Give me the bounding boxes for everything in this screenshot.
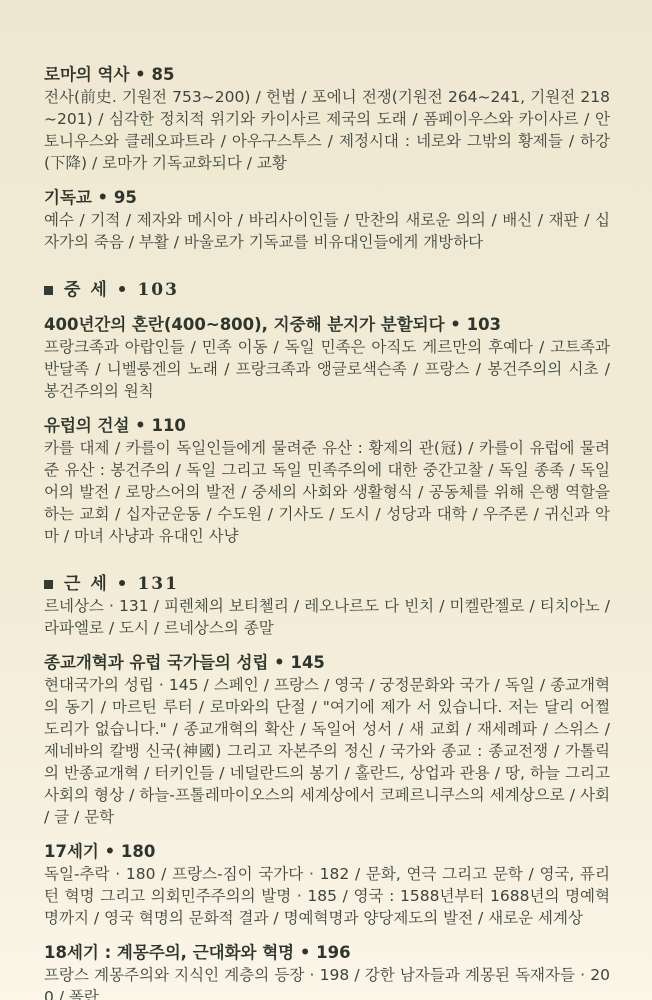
- square-bullet-icon: [44, 580, 53, 589]
- toc-section: 종교개혁과 유럽 국가들의 성립 • 145 현대국가의 성립 · 145 / …: [44, 652, 610, 828]
- section-title: 기독교 • 95: [44, 187, 610, 209]
- section-body: 프랑크족과 아랍인들 / 민족 이동 / 독일 민족은 아직도 게르만의 후예다…: [44, 336, 610, 402]
- square-bullet-icon: [44, 286, 53, 295]
- toc-section: 18세기 : 계몽주의, 근대화와 혁명 • 196 프랑스 계몽주의와 지식인…: [44, 942, 610, 1000]
- toc-part-section: 근 세 • 131 르네상스 · 131 / 피렌체의 보티첼리 / 레오나르도…: [44, 573, 610, 639]
- toc-section: 기독교 • 95 예수 / 기적 / 제자와 메시아 / 바리사이인들 / 만찬…: [44, 187, 610, 253]
- toc-section: 400년간의 혼란(400~800), 지중해 분지가 분할되다 • 103 프…: [44, 314, 610, 402]
- part-title: 근 세 • 131: [64, 573, 179, 595]
- section-body: 프랑스 계몽주의와 지식인 계층의 등장 · 198 / 강한 남자들과 계몽된…: [44, 964, 610, 1000]
- section-title: 로마의 역사 • 85: [44, 64, 610, 86]
- part-title: 중 세 • 103: [64, 279, 179, 301]
- section-body: 예수 / 기적 / 제자와 메시아 / 바리사이인들 / 만찬의 새로운 의의 …: [44, 209, 610, 253]
- section-title: 17세기 • 180: [44, 841, 610, 863]
- section-title: 400년간의 혼란(400~800), 지중해 분지가 분할되다 • 103: [44, 314, 610, 336]
- section-body: 독일-추락 · 180 / 프랑스-짐이 국가다 · 182 / 문화, 연극 …: [44, 863, 610, 929]
- toc-section: 유럽의 건설 • 110 카를 대제 / 카를이 독일인들에게 물려준 유산 :…: [44, 415, 610, 547]
- toc-section: 로마의 역사 • 85 전사(前史. 기원전 753~200) / 헌법 / 포…: [44, 64, 610, 174]
- part-title-row: 근 세 • 131: [44, 573, 610, 595]
- section-body: 현대국가의 성립 · 145 / 스페인 / 프랑스 / 영국 / 궁정문화와 …: [44, 674, 610, 828]
- section-title: 유럽의 건설 • 110: [44, 415, 610, 437]
- toc-part-section: 중 세 • 103: [44, 279, 610, 301]
- toc-page: 로마의 역사 • 85 전사(前史. 기원전 753~200) / 헌법 / 포…: [0, 0, 652, 1000]
- section-body: 카를 대제 / 카를이 독일인들에게 물려준 유산 : 황제의 관(冠) / 카…: [44, 437, 610, 547]
- part-title-row: 중 세 • 103: [44, 279, 610, 301]
- section-body: 전사(前史. 기원전 753~200) / 헌법 / 포에니 전쟁(기원전 26…: [44, 86, 610, 174]
- section-body: 르네상스 · 131 / 피렌체의 보티첼리 / 레오나르도 다 빈치 / 미켈…: [44, 595, 610, 639]
- section-title: 18세기 : 계몽주의, 근대화와 혁명 • 196: [44, 942, 610, 964]
- section-title: 종교개혁과 유럽 국가들의 성립 • 145: [44, 652, 610, 674]
- toc-section: 17세기 • 180 독일-추락 · 180 / 프랑스-짐이 국가다 · 18…: [44, 841, 610, 929]
